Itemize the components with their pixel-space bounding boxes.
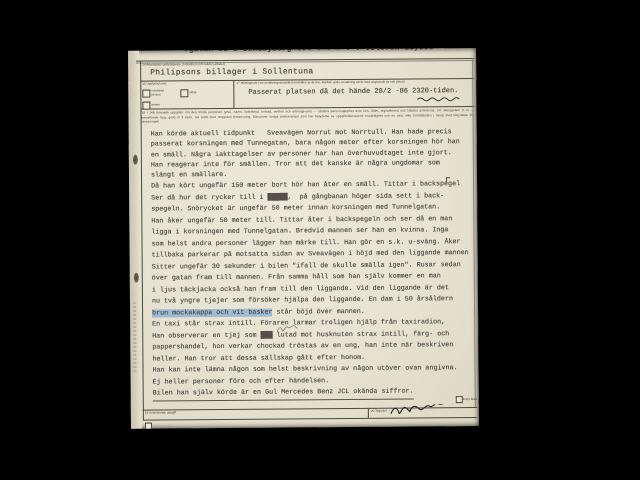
- checkbox-vittne: [180, 89, 188, 97]
- handwritten-underline-squiggle: [416, 96, 466, 102]
- edge-tick-marks: [133, 303, 137, 373]
- highlight-line-rest: står böjd över mannen.: [272, 307, 364, 316]
- checkbox-annan: [142, 102, 150, 110]
- signature-handwriting: [389, 404, 469, 419]
- field-14-label: 14 Arbetsplats (arbetsgivare, postadress…: [142, 62, 292, 67]
- bottom-tiny-text: – – – – – – – –: [154, 423, 172, 427]
- checkbox-misstankt-person: [142, 90, 150, 98]
- highlighted-phrase: brun mockakappa och vit basker: [152, 308, 272, 317]
- caret-insert-mark: [446, 177, 450, 182]
- field-17-value: Passerat platsen då det hände 28/2 -86 2…: [248, 87, 458, 97]
- form-divider-vertical: [233, 80, 234, 108]
- handwritten-pencil-note: [276, 325, 298, 333]
- bleed-through-text: ··· ·· ······ ····· ·· ···: [318, 365, 412, 373]
- punch-hole-mark: [133, 155, 138, 165]
- statement-paragraph-2: Då han kört ungefär 150 meter bort hör h…: [151, 179, 470, 401]
- field-19-label: 19 Granskande uppgift: [145, 410, 235, 415]
- field-17-label: 17 Målsägande (om ersättningsanspråk fra…: [236, 80, 468, 86]
- scanned-police-form-page: sgatan 51 b Sundbyberg tel . . . . . tel…: [128, 48, 479, 429]
- checkbox-annan-label: annan: [151, 103, 173, 107]
- checkbox-vittne-label: vittne: [189, 91, 211, 95]
- photo-black-background: sgatan 51 b Sundbyberg tel . . . . . tel…: [0, 0, 640, 480]
- punch-hole-mark: [134, 273, 139, 283]
- bleed-through-text: ·· ····· ··· ··· ·······: [330, 345, 416, 353]
- form-divider-bottom: [368, 408, 369, 418]
- checkbox-granskning: [145, 422, 152, 429]
- bleed-through-text: ···· ···· ·· ··· ····: [311, 393, 387, 401]
- forts-blad-label: Forts-blad: [463, 398, 479, 402]
- checkbox-forts-blad: [456, 396, 463, 403]
- field-18-instructions: 18 I 14§ lämnade uppgifter om den hörda …: [141, 108, 473, 124]
- cut-off-header-line: sgatan 51 b Sundbyberg tel . . . . . tel…: [184, 48, 472, 56]
- statement-paragraph-1: Han körde aktuell tidpunkt Sveavägen Nor…: [151, 127, 460, 181]
- field-15-label: 15 Upplysad som:: [142, 81, 222, 86]
- field-14-value: Philipsons billager i Sollentuna: [150, 67, 313, 77]
- checkbox-misstankt-person-label: misstänkt person: [151, 89, 173, 96]
